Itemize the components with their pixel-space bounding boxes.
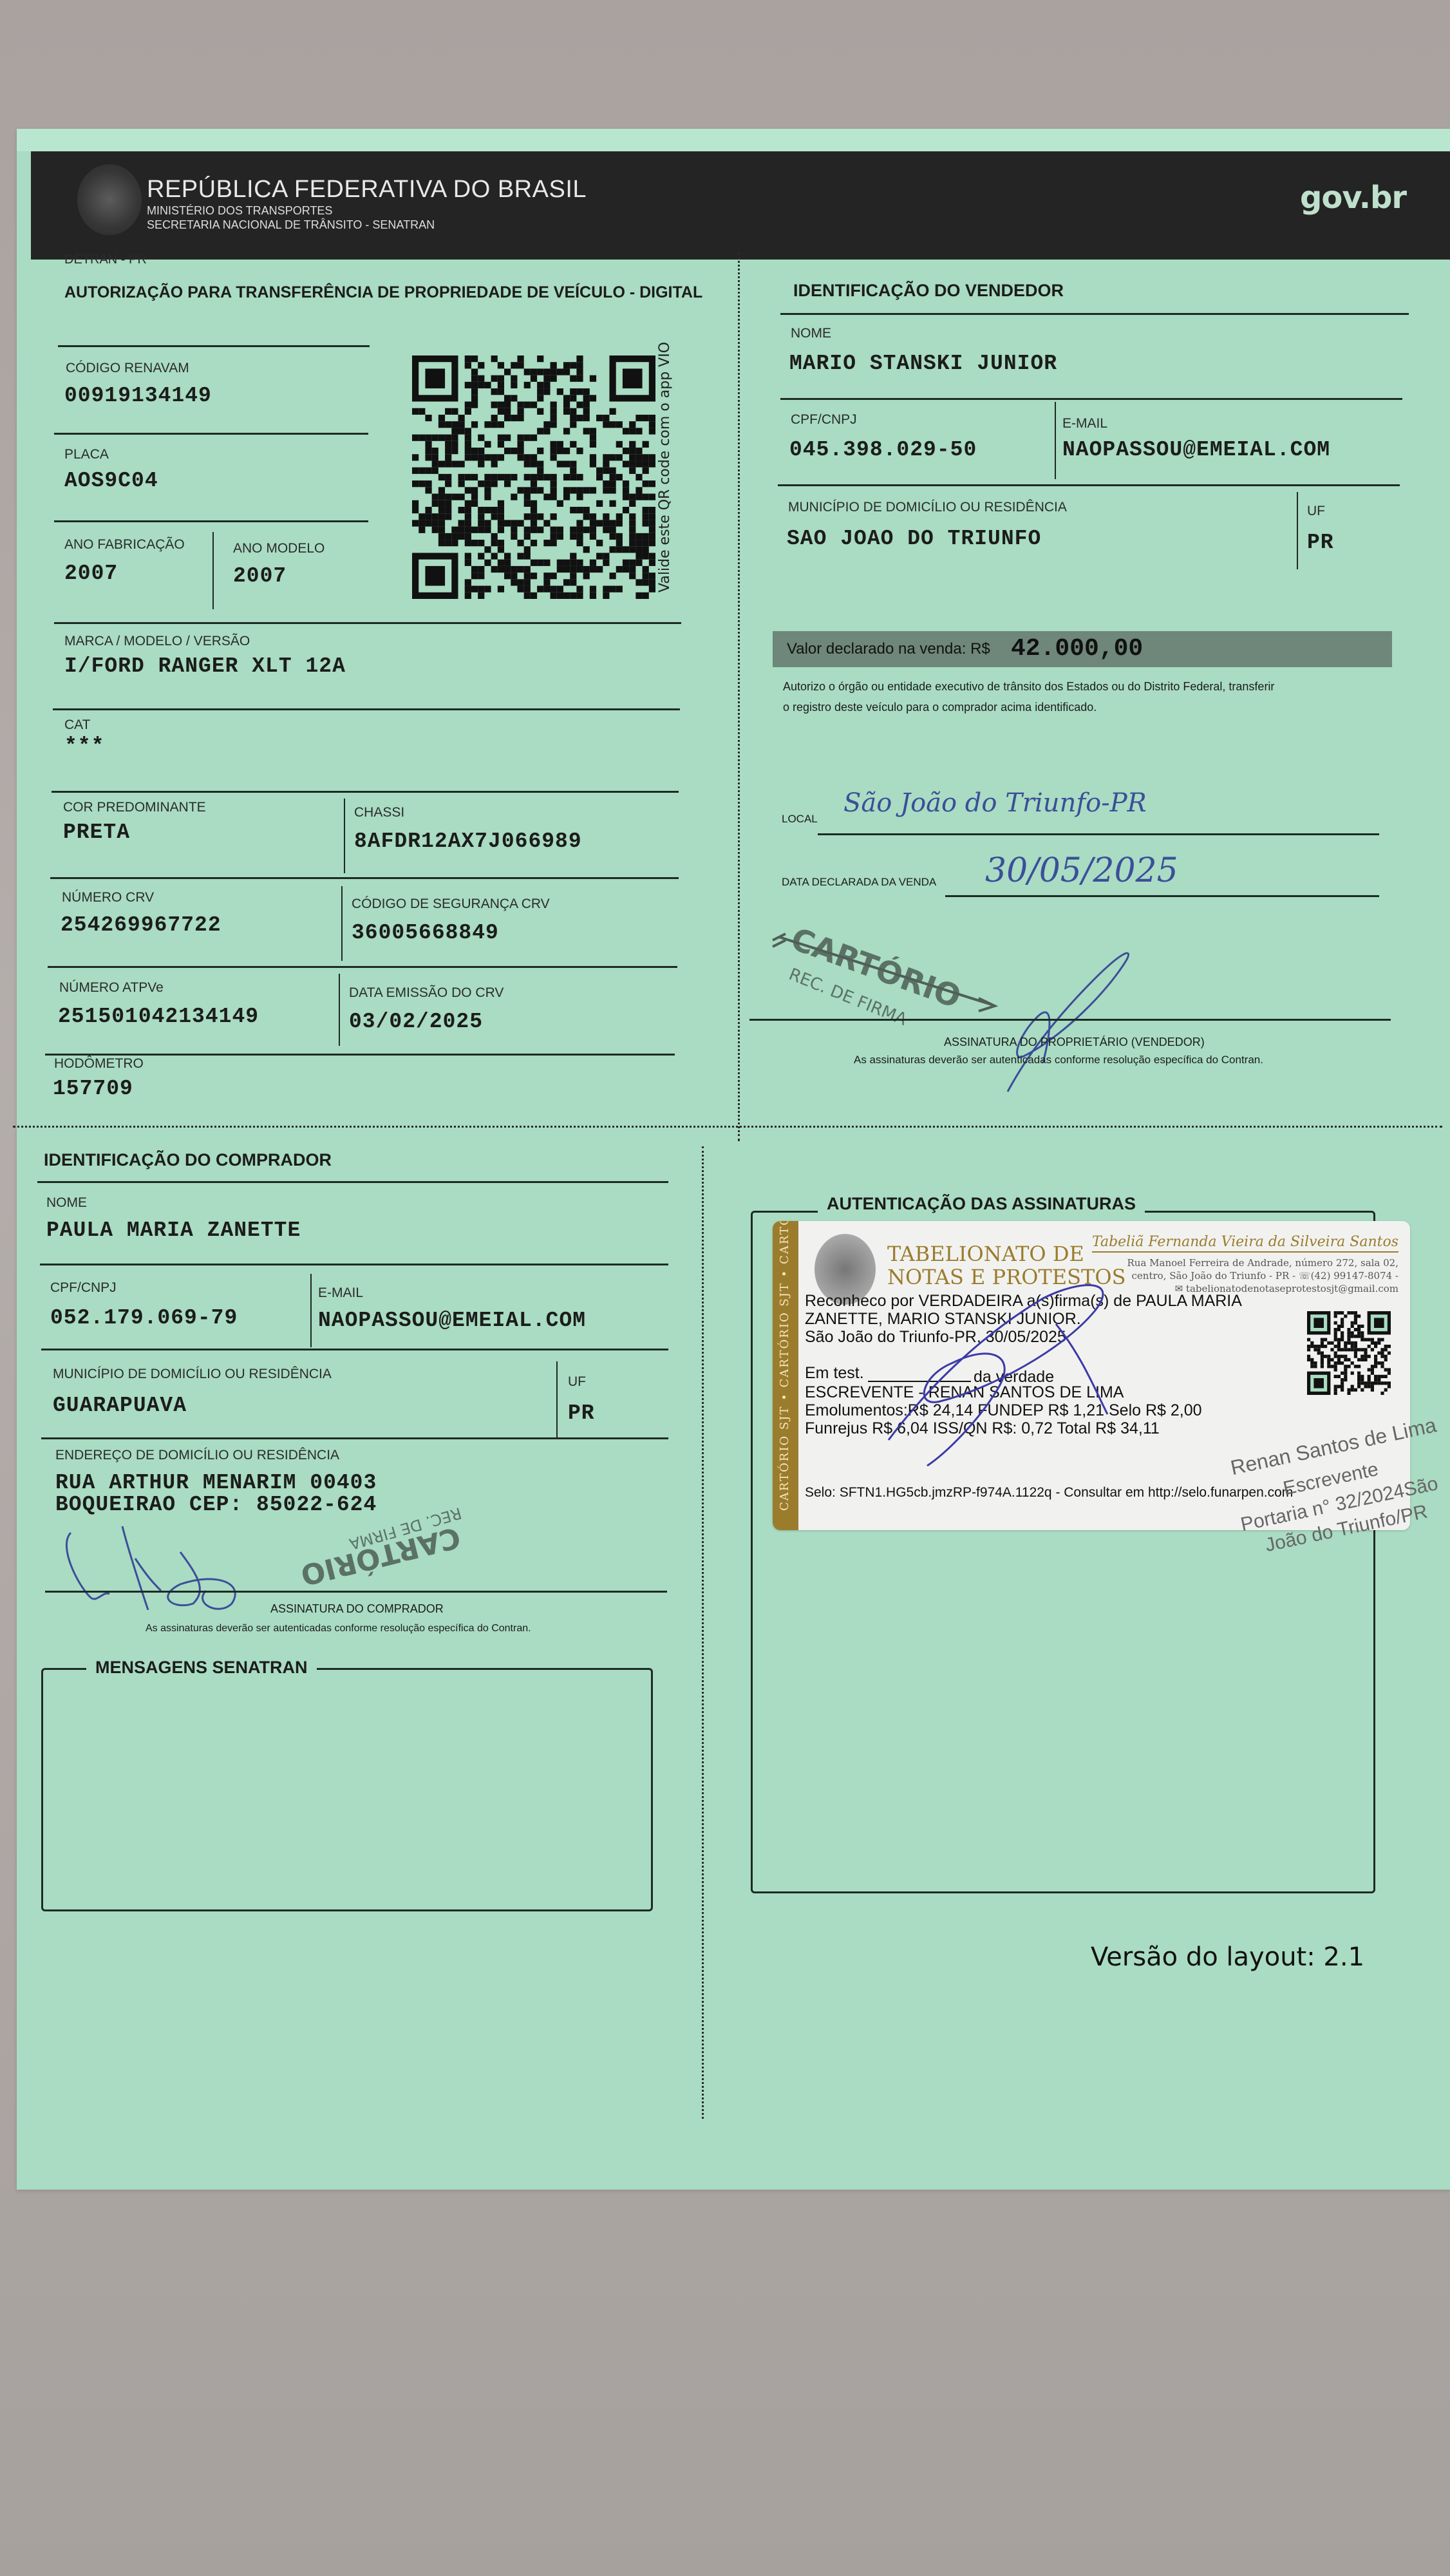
declared-value-bar: Valor declarado na venda: R$ 42.000,00: [773, 631, 1392, 667]
marca-modelo-value: I/FORD RANGER XLT 12A: [64, 654, 346, 678]
buyer-uf-label: UF: [568, 1374, 586, 1390]
hodometro-label: HODÔMETRO: [54, 1056, 144, 1072]
sticker-side-band: CARTÓRIO SJT • CARTÓRIO SJT • CARTÓRIO S…: [773, 1221, 798, 1530]
cor-label: COR PREDOMINANTE: [63, 800, 206, 815]
local-label: LOCAL: [782, 813, 818, 826]
layout-version: Versão do layout: 2.1: [1091, 1942, 1364, 1972]
tabelia-name: Tabeliã Fernanda Vieira da Silveira Sant…: [1092, 1234, 1398, 1253]
rule: [52, 791, 679, 793]
govbr-logo: gov.br: [1300, 180, 1406, 216]
rule: [45, 1054, 675, 1056]
fold-divider-horizontal: [13, 1126, 1442, 1128]
data-emissao-label: DATA EMISSÃO DO CRV: [349, 985, 504, 1001]
mensagens-senatran-box: [41, 1668, 653, 1911]
rule: [40, 1264, 668, 1265]
ano-fabricacao-label: ANO FABRICAÇÃO: [64, 537, 185, 553]
cat-label: CAT: [64, 717, 90, 733]
rule: [41, 1349, 668, 1350]
notary-signature: [850, 1260, 1185, 1479]
buyer-name-value: PAULA MARIA ZANETTE: [46, 1218, 301, 1242]
issuer-label: DETRAN - PR: [64, 252, 147, 267]
rule: [54, 433, 368, 435]
republic-title: REPÚBLICA FEDERATIVA DO BRASIL: [147, 176, 587, 204]
header-bar: REPÚBLICA FEDERATIVA DO BRASIL MINISTÉRI…: [31, 151, 1450, 260]
seller-name-label: NOME: [791, 326, 831, 341]
seller-section-title: IDENTIFICAÇÃO DO VENDEDOR: [793, 281, 1064, 301]
vio-qr-code[interactable]: [412, 355, 655, 599]
rule: [310, 1274, 312, 1347]
cat-value: ***: [64, 734, 104, 758]
secretariat-label: SECRETARIA NACIONAL DE TRÂNSITO - SENATR…: [147, 218, 435, 232]
rule: [1055, 402, 1056, 479]
buyer-endereco-line2: BOQUEIRAO CEP: 85022-624: [55, 1493, 377, 1517]
rule: [339, 974, 340, 1046]
numero-atpve-value: 251501042134149: [58, 1005, 259, 1028]
rule: [45, 1591, 667, 1593]
qr-caption: Valide este QR code com o app VIO: [657, 342, 673, 592]
rule: [344, 799, 345, 873]
ministry-label: MINISTÉRIO DOS TRANSPORTES: [147, 204, 332, 218]
seller-signature: [760, 908, 1172, 1101]
seller-email-label: E-MAIL: [1062, 416, 1107, 431]
ano-modelo-value: 2007: [233, 564, 287, 588]
authentication-title: AUTENTICAÇÃO DAS ASSINATURAS: [818, 1194, 1145, 1214]
band-text: CARTÓRIO SJT • CARTÓRIO SJT • CARTÓRIO S…: [778, 1221, 791, 1511]
codigo-seguranca-label: CÓDIGO DE SEGURANÇA CRV: [352, 896, 550, 912]
marca-modelo-label: MARCA / MODELO / VERSÃO: [64, 634, 250, 649]
buyer-cpf-label: CPF/CNPJ: [50, 1280, 117, 1296]
rule: [37, 1181, 668, 1183]
document-title: AUTORIZAÇÃO PARA TRANSFERÊNCIA DE PROPRI…: [64, 283, 702, 302]
buyer-email-value: NAOPASSOU@EMEIAL.COM: [318, 1309, 586, 1332]
seller-cpf-label: CPF/CNPJ: [791, 412, 857, 428]
buyer-municipio-value: GUARAPUAVA: [53, 1394, 187, 1417]
rule: [54, 520, 368, 522]
authorization-text-2: o registro deste veículo para o comprado…: [783, 701, 1097, 714]
numero-atpve-label: NÚMERO ATPVe: [59, 980, 164, 996]
ano-fabricacao-value: 2007: [64, 562, 118, 585]
data-venda-label: DATA DECLARADA DA VENDA: [782, 876, 936, 889]
data-emissao-value: 03/02/2025: [349, 1010, 483, 1034]
seller-name-value: MARIO STANSKI JUNIOR: [789, 352, 1057, 375]
buyer-name-label: NOME: [46, 1195, 87, 1211]
rule: [780, 398, 1402, 400]
data-venda-handwritten: 30/05/2025: [985, 851, 1178, 890]
renavam-label: CÓDIGO RENAVAM: [66, 361, 189, 376]
buyer-cpf-value: 052.179.069-79: [50, 1306, 238, 1330]
rule: [53, 708, 680, 710]
buyer-signature-label: ASSINATURA DO COMPRADOR: [270, 1602, 444, 1616]
selo-code: Selo: SFTN1.HG5cb.jmzRP-f974A.1122q - Co…: [805, 1485, 1293, 1501]
rule: [54, 622, 681, 624]
rule: [1297, 492, 1298, 569]
rule: [212, 532, 214, 609]
rule: [945, 895, 1379, 897]
buyer-signature: [52, 1520, 322, 1610]
rule: [48, 966, 677, 968]
fold-divider-vertical: [738, 252, 740, 1141]
renavam-value: 00919134149: [64, 384, 212, 408]
seller-uf-value: PR: [1307, 531, 1334, 554]
buyer-email-label: E-MAIL: [318, 1285, 363, 1301]
hodometro-value: 157709: [53, 1077, 133, 1101]
rule: [780, 313, 1409, 315]
seller-signature-label: ASSINATURA DO PROPRIETÁRIO (VENDEDOR): [944, 1036, 1205, 1049]
seller-uf-label: UF: [1307, 504, 1325, 519]
placa-label: PLACA: [64, 447, 109, 462]
seller-municipio-label: MUNICÍPIO DE DOMICÍLIO OU RESIDÊNCIA: [788, 500, 1067, 515]
chassi-value: 8AFDR12AX7J066989: [354, 829, 582, 853]
seller-cpf-value: 045.398.029-50: [789, 438, 977, 462]
ano-modelo-label: ANO MODELO: [233, 541, 325, 556]
fold-divider-vertical-lower: [702, 1146, 704, 2119]
buyer-signature-note: As assinaturas deverão ser autenticadas …: [146, 1623, 531, 1634]
rule: [50, 877, 679, 879]
seller-signature-note: As assinaturas deverão ser autenticadas …: [854, 1054, 1263, 1066]
numero-crv-value: 254269967722: [61, 913, 221, 937]
chassi-label: CHASSI: [354, 805, 404, 820]
cor-value: PRETA: [63, 820, 130, 844]
rule: [58, 345, 370, 347]
paper-top-edge: [17, 129, 1450, 151]
rule: [778, 484, 1400, 486]
rule: [341, 886, 343, 961]
buyer-section-title: IDENTIFICAÇÃO DO COMPRADOR: [44, 1150, 332, 1170]
seller-municipio-value: SAO JOAO DO TRIUNFO: [787, 527, 1041, 551]
codigo-seguranca-value: 36005668849: [352, 921, 499, 945]
placa-value: AOS9C04: [64, 469, 158, 493]
declared-value: 42.000,00: [1011, 635, 1143, 663]
rule: [818, 833, 1379, 835]
buyer-endereco-line1: RUA ARTHUR MENARIM 00403: [55, 1471, 377, 1495]
local-handwritten: São João do Triunfo-PR: [843, 788, 1147, 818]
buyer-endereco-label: ENDEREÇO DE DOMICÍLIO OU RESIDÊNCIA: [55, 1448, 339, 1463]
rule: [41, 1437, 668, 1439]
coat-of-arms-icon: [77, 164, 142, 235]
seller-email-value: NAOPASSOU@EMEIAL.COM: [1062, 438, 1330, 462]
rule: [749, 1019, 1391, 1021]
seal-qr-code[interactable]: [1307, 1311, 1391, 1395]
rule: [556, 1361, 558, 1437]
mensagens-senatran-title: MENSAGENS SENATRAN: [86, 1658, 317, 1678]
buyer-uf-value: PR: [568, 1401, 595, 1425]
buyer-municipio-label: MUNICÍPIO DE DOMICÍLIO OU RESIDÊNCIA: [53, 1367, 332, 1382]
authorization-text-1: Autorizo o órgão ou entidade executivo d…: [783, 680, 1274, 694]
declared-value-label: Valor declarado na venda: R$: [787, 640, 990, 658]
numero-crv-label: NÚMERO CRV: [62, 890, 154, 905]
